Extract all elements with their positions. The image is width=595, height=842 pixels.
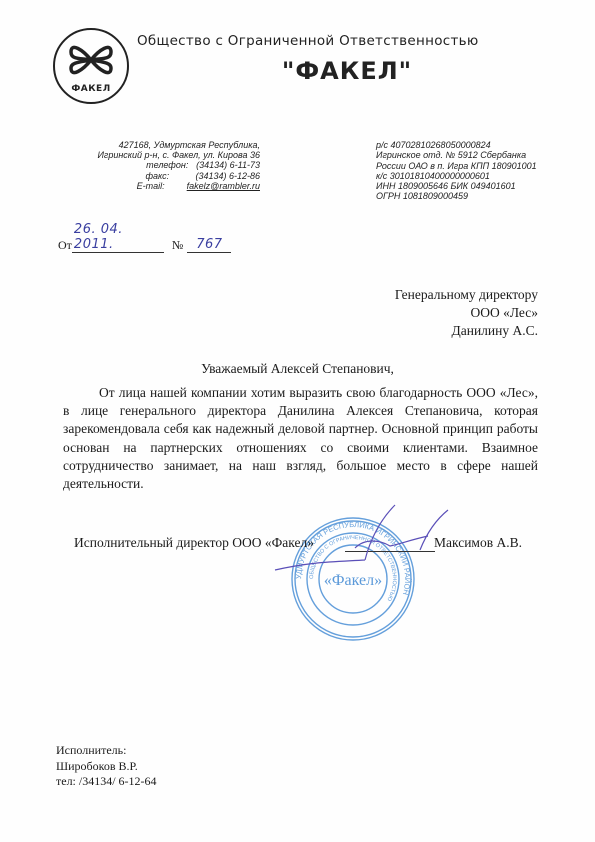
- signatory-name: Максимов А.В.: [434, 535, 522, 551]
- greeting: Уважаемый Алексей Степанович,: [0, 361, 595, 377]
- executor-name: Широбоков В.Р.: [56, 759, 157, 775]
- number-value: 767: [187, 237, 231, 253]
- email-link[interactable]: fakelz@rambler.ru: [187, 181, 260, 191]
- handwritten-signature-icon: [270, 500, 450, 590]
- address-block: 427168, Удмуртская Республика, Игринский…: [60, 140, 260, 191]
- company-logo: ФАКЕЛ: [53, 28, 129, 104]
- date-number-row: От 26. 04. 2011. № 767: [58, 222, 231, 253]
- number-label: №: [172, 238, 183, 253]
- bank-line: России ОАО в п. Игра КПП 180901001: [376, 161, 576, 171]
- logo-text: ФАКЕЛ: [55, 84, 127, 94]
- bank-line: ИНН 1809005646 БИК 049401601: [376, 181, 576, 191]
- phone-label: телефон:: [146, 160, 196, 170]
- recipient-block: Генеральному директору ООО «Лес» Данилин…: [340, 286, 538, 340]
- date-value: 26. 04. 2011.: [72, 222, 164, 253]
- email-label: E-mail:: [137, 181, 187, 191]
- date-label: От: [58, 238, 72, 253]
- executor-label: Исполнитель:: [56, 743, 157, 759]
- recipient-line: Данилину А.С.: [340, 322, 538, 340]
- fax-row: факс: (34134) 6-12-86: [60, 171, 260, 181]
- bank-line: Игринское отд. № 5912 Сбербанка: [376, 150, 576, 160]
- address-line: 427168, Удмуртская Республика,: [60, 140, 260, 150]
- bank-line: к/с 30101810400000000601: [376, 171, 576, 181]
- executor-block: Исполнитель: Широбоков В.Р. тел: /34134/…: [56, 743, 157, 790]
- executor-phone: тел: /34134/ 6-12-64: [56, 774, 157, 790]
- org-type: Общество с Ограниченной Ответственностью: [137, 33, 557, 49]
- bank-line: ОГРН 1081809000459: [376, 191, 576, 201]
- letter-body: От лица нашей компании хотим выразить св…: [63, 384, 538, 493]
- org-name: "ФАКЕЛ": [137, 57, 557, 85]
- fax-value: (34134) 6-12-86: [195, 171, 260, 181]
- phone-value: (34134) 6-11-73: [196, 160, 260, 170]
- logo-emblem-icon: [63, 36, 119, 84]
- address-line: Игринский р-н, с. Факел, ул. Кирова 36: [60, 150, 260, 160]
- bank-line: р/с 40702810268050000824: [376, 140, 576, 150]
- email-row: E-mail: fakelz@rambler.ru: [60, 181, 260, 191]
- phone-row: телефон: (34134) 6-11-73: [60, 160, 260, 170]
- bank-details: р/с 40702810268050000824 Игринское отд. …: [376, 140, 576, 202]
- recipient-line: ООО «Лес»: [340, 304, 538, 322]
- recipient-line: Генеральному директору: [340, 286, 538, 304]
- fax-label: факс:: [145, 171, 195, 181]
